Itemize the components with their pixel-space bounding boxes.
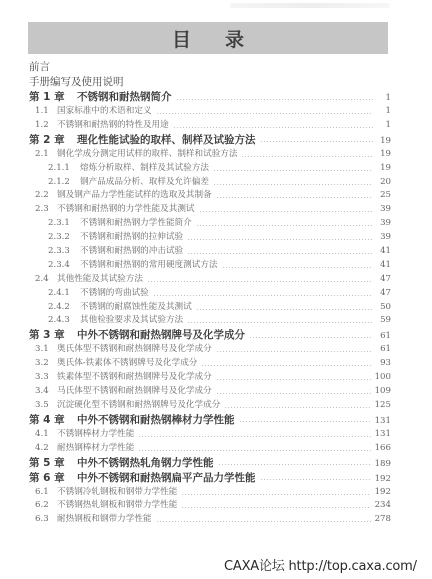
toc-entry-number: 3.3 xyxy=(35,371,57,385)
toc-entry-title: 中外不锈钢和耐热钢牌号及化学成分 xyxy=(77,328,245,343)
toc-entry-number: 2.3.2 xyxy=(48,231,80,245)
dot-leader xyxy=(216,351,373,352)
toc-entry-number: 3.4 xyxy=(35,385,57,399)
toc-entry-number: 2.3.3 xyxy=(48,245,80,259)
toc-entry-subsection[interactable]: 2.3.1不锈钢和耐热钢力学性能简介39 xyxy=(29,217,391,231)
dot-leader xyxy=(224,407,370,408)
toc-entry-title: 钢化学成分测定用试样的取样、制样和试验方法 xyxy=(57,148,237,162)
toc-entry-number: 2.4.2 xyxy=(48,301,80,315)
dot-leader xyxy=(196,309,373,310)
dot-leader xyxy=(260,479,371,480)
toc-entry-number: 第 5 章 xyxy=(29,456,77,471)
toc-entry-title: 不锈钢的弯曲试验 xyxy=(80,287,149,301)
toc-entry-title: 不锈钢冷轧钢板和钢带力学性能 xyxy=(57,486,177,500)
toc-entry-number: 第 2 章 xyxy=(29,133,77,148)
toc-page-number: 1 xyxy=(377,91,391,106)
toc-entry-section[interactable]: 3.1奥氏体型不锈钢和耐热钢牌号及化学成分61 xyxy=(29,343,391,357)
dot-leader xyxy=(138,450,370,451)
toc-entry-title: 不锈钢热轧钢板和钢带力学性能 xyxy=(57,499,177,513)
toc-page-number: 192 xyxy=(375,486,391,500)
toc-entry-title: 中外不锈钢和耐热钢棒材力学性能 xyxy=(77,413,235,428)
dot-leader xyxy=(181,507,370,508)
toc-entry-section[interactable]: 1.2不锈钢和耐热钢的特性及用途1 xyxy=(29,119,391,133)
toc-entry-title: 熔炼分析取样、制样及其试验方法 xyxy=(80,162,209,176)
toc-entry-section[interactable]: 3.5沉淀硬化型不锈钢和耐热钢牌号及化学成分125 xyxy=(29,399,391,413)
toc-entry-number: 2.2 xyxy=(35,189,57,203)
toc-page-number: 125 xyxy=(375,399,391,413)
toc-entry-subsection[interactable]: 2.4.3其他检验要求及其试验方法59 xyxy=(29,314,391,328)
dot-leader xyxy=(241,156,373,157)
toc-entry-subsection[interactable]: 2.3.2不锈钢和耐热钢的拉伸试验39 xyxy=(29,231,391,245)
toc-page-number: 59 xyxy=(377,314,391,328)
dot-leader xyxy=(187,253,373,254)
toc-entry-number: 2.3.1 xyxy=(48,217,80,231)
toc-entry-title: 不锈钢和耐热钢的冲击试验 xyxy=(80,245,183,259)
toc-entry-chapter[interactable]: 第 3 章中外不锈钢和耐热钢牌号及化学成分61 xyxy=(29,328,391,343)
toc-entry-section[interactable]: 2.2钢及钢产品力学性能试样的选取及其制备25 xyxy=(29,189,391,203)
toc-entry-number: 第 1 章 xyxy=(29,90,77,105)
dot-leader xyxy=(138,436,370,437)
dot-leader xyxy=(147,281,373,282)
toc-entry-title: 中外不锈钢和耐热钢扁平产品力学性能 xyxy=(77,471,256,486)
toc-page-number: 47 xyxy=(377,273,391,287)
dot-leader xyxy=(201,365,373,366)
toc-page-number: 19 xyxy=(377,134,391,149)
dot-leader xyxy=(199,211,373,212)
toc-entry-title: 不锈钢和耐热钢的常用硬度测试方法 xyxy=(80,259,218,273)
toc-entry-section[interactable]: 1.1国家标准中的术语和定义1 xyxy=(29,105,391,119)
toc-page-number: 1 xyxy=(377,105,391,119)
toc-entry-title: 不锈钢的耐腐蚀性能及其测试 xyxy=(80,301,192,315)
toc-entry-number: 4.1 xyxy=(35,428,57,442)
toc-page-number: 166 xyxy=(375,442,391,456)
toc-entry-subsection[interactable]: 2.1.1熔炼分析取样、制样及其试验方法19 xyxy=(29,162,391,176)
dot-leader xyxy=(216,379,371,380)
toc-page-number: 189 xyxy=(375,457,391,472)
toc-entry-title: 其他检验要求及其试验方法 xyxy=(80,314,183,328)
toc-entry-subsection[interactable]: 2.1.2钢产品成品分析、取样及允许偏差20 xyxy=(29,176,391,190)
dot-leader xyxy=(239,421,371,422)
dot-leader xyxy=(260,141,374,142)
dot-leader xyxy=(181,494,370,495)
toc-entry-title: 不锈钢和耐热钢简介 xyxy=(77,90,172,105)
toc-entry-section[interactable]: 3.2奥氏体-铁素体不锈钢牌号及化学成分93 xyxy=(29,357,391,371)
toc-entry-number: 2.4.1 xyxy=(48,287,80,301)
toc-entry-title: 钢产品成品分析、取样及允许偏差 xyxy=(80,176,209,190)
toc-page-number: 47 xyxy=(377,287,391,301)
toc-entry-chapter[interactable]: 第 2 章理化性能试验的取样、制样及试验方法19 xyxy=(29,133,391,148)
toc-page-number: 61 xyxy=(377,343,391,357)
toc-entry-number: 6.1 xyxy=(35,486,57,500)
dot-leader xyxy=(218,464,371,465)
toc-entry-number: 2.1 xyxy=(35,148,57,162)
toc-entry-number: 第 6 章 xyxy=(29,471,77,486)
toc-page-number: 192 xyxy=(375,472,391,487)
toc-entry-number: 第 4 章 xyxy=(29,413,77,428)
toc-entry-title: 马氏体型不锈钢和耐热钢牌号及化学成分 xyxy=(57,385,212,399)
toc-entry-subsection[interactable]: 2.3.4不锈钢和耐热钢的常用硬度测试方法41 xyxy=(29,259,391,273)
dot-leader xyxy=(187,239,373,240)
toc-page-number: 100 xyxy=(375,371,391,385)
toc-entry-title: 沉淀硬化型不锈钢和耐热钢牌号及化学成分 xyxy=(57,399,220,413)
toc-page-number: 39 xyxy=(377,231,391,245)
toc-entry-number: 3.2 xyxy=(35,357,57,371)
toc-entry-number: 3.5 xyxy=(35,399,57,413)
toc-page-number: 131 xyxy=(375,428,391,442)
toc-entry-section[interactable]: 2.3不锈钢和耐热钢的力学性能及其测试39 xyxy=(29,203,391,217)
dot-leader xyxy=(176,99,374,100)
toc-entry-subsection[interactable]: 2.4.1不锈钢的弯曲试验47 xyxy=(29,287,391,301)
toc-page-number: 41 xyxy=(377,245,391,259)
toc-page-number: 50 xyxy=(377,301,391,315)
toc-entry-number: 4.2 xyxy=(35,442,57,456)
toc-entry-title: 铁素体型不锈钢和耐热钢牌号及化学成分 xyxy=(57,371,212,385)
toc-entry-title: 前言 xyxy=(29,60,50,75)
toc-entry-title: 不锈钢和耐热钢力学性能简介 xyxy=(80,217,192,231)
dot-leader xyxy=(196,225,373,226)
toc-entry-section[interactable]: 6.3耐热钢板和钢带力学性能278 xyxy=(29,513,391,527)
dot-leader xyxy=(156,113,373,114)
toc-entry-title: 不锈钢和耐热钢的拉伸试验 xyxy=(80,231,183,245)
dot-leader xyxy=(173,127,373,128)
dot-leader xyxy=(216,393,371,394)
dot-leader xyxy=(213,184,373,185)
toc-entry-plain[interactable]: 前言 xyxy=(29,60,391,75)
toc-entry-number: 2.1.2 xyxy=(48,176,80,190)
page-title: 目录 xyxy=(172,25,278,52)
toc-entry-section[interactable]: 6.2不锈钢热轧钢板和钢带力学性能234 xyxy=(29,499,391,513)
toc-entry-section[interactable]: 6.1不锈钢冷轧钢板和钢带力学性能192 xyxy=(29,486,391,500)
toc-entry-title: 国家标准中的术语和定义 xyxy=(57,105,152,119)
toc-page-number: 19 xyxy=(377,162,391,176)
dot-leader xyxy=(156,521,371,522)
toc-entry-title: 不锈钢和耐热钢的特性及用途 xyxy=(57,119,169,133)
toc-entry-number: 2.1.1 xyxy=(48,162,80,176)
toc-entry-number: 3.1 xyxy=(35,343,57,357)
dot-leader xyxy=(222,267,373,268)
toc-page-number: 61 xyxy=(377,329,391,344)
toc-entry-section[interactable]: 2.4其他性能及其试验方法47 xyxy=(29,273,391,287)
toc-entry-number: 6.2 xyxy=(35,499,57,513)
toc-entry-chapter[interactable]: 第 5 章中外不锈钢热轧角钢力学性能189 xyxy=(29,456,391,471)
dot-leader xyxy=(153,295,373,296)
toc-entry-title: 不锈钢和耐热钢的力学性能及其测试 xyxy=(57,203,195,217)
toc-entry-title: 耐热钢棒材力学性能 xyxy=(57,442,134,456)
toc-page-number: 234 xyxy=(375,499,391,513)
toc-entry-number: 1.2 xyxy=(35,119,57,133)
toc-entry-chapter[interactable]: 第 1 章不锈钢和耐热钢简介1 xyxy=(29,90,391,105)
watermark: CAXA论坛 http://top.caxa.com/ xyxy=(224,555,417,574)
toc-entry-number: 2.3 xyxy=(35,203,57,217)
toc-page-number: 1 xyxy=(377,119,391,133)
toc-entry-title: 理化性能试验的取样、制样及试验方法 xyxy=(77,133,256,148)
toc-entry-title: 奥氏体型不锈钢和耐热钢牌号及化学成分 xyxy=(57,343,212,357)
toc-entry-number: 1.1 xyxy=(35,105,57,119)
dot-leader xyxy=(249,337,373,338)
toc-page-number: 20 xyxy=(377,176,391,190)
toc-entry-title: 手册编写及使用说明 xyxy=(29,75,124,90)
toc-entry-number: 6.3 xyxy=(35,513,57,527)
dot-leader xyxy=(213,170,373,171)
toc-page-number: 25 xyxy=(377,189,391,203)
toc-entry-section[interactable]: 3.4马氏体型不锈钢和耐热钢牌号及化学成分109 xyxy=(29,385,391,399)
toc-entry-section[interactable]: 3.3铁素体型不锈钢和耐热钢牌号及化学成分100 xyxy=(29,371,391,385)
toc-page-number: 109 xyxy=(375,385,391,399)
table-of-contents: 前言手册编写及使用说明第 1 章不锈钢和耐热钢简介11.1国家标准中的术语和定义… xyxy=(29,60,391,527)
toc-page-number: 39 xyxy=(377,203,391,217)
toc-entry-number: 2.3.4 xyxy=(48,259,80,273)
bleed-through-text xyxy=(230,3,390,8)
dot-leader xyxy=(187,322,373,323)
toc-entry-title: 钢及钢产品力学性能试样的选取及其制备 xyxy=(57,189,212,203)
toc-entry-section[interactable]: 2.1钢化学成分测定用试样的取样、制样和试验方法19 xyxy=(29,148,391,162)
toc-page-number: 93 xyxy=(377,357,391,371)
toc-page-number: 41 xyxy=(377,259,391,273)
toc-page-number: 39 xyxy=(377,217,391,231)
toc-page-number: 19 xyxy=(377,148,391,162)
toc-entry-chapter[interactable]: 第 6 章中外不锈钢和耐热钢扁平产品力学性能192 xyxy=(29,471,391,486)
toc-entry-subsection[interactable]: 2.4.2不锈钢的耐腐蚀性能及其测试50 xyxy=(29,301,391,315)
toc-entry-subsection[interactable]: 2.3.3不锈钢和耐热钢的冲击试验41 xyxy=(29,245,391,259)
toc-entry-title: 不锈钢棒材力学性能 xyxy=(57,428,134,442)
toc-page-number: 131 xyxy=(375,414,391,429)
toc-header-band: 目录 xyxy=(28,22,388,54)
toc-entry-chapter[interactable]: 第 4 章中外不锈钢和耐热钢棒材力学性能131 xyxy=(29,413,391,428)
toc-entry-title: 中外不锈钢热轧角钢力学性能 xyxy=(77,456,214,471)
toc-entry-number: 2.4 xyxy=(35,273,57,287)
toc-page-number: 278 xyxy=(375,513,391,527)
toc-entry-title: 其他性能及其试验方法 xyxy=(57,273,143,287)
toc-entry-title: 耐热钢板和钢带力学性能 xyxy=(57,513,152,527)
toc-entry-number: 第 3 章 xyxy=(29,328,77,343)
toc-entry-plain[interactable]: 手册编写及使用说明 xyxy=(29,75,391,90)
toc-entry-section[interactable]: 4.1不锈钢棒材力学性能131 xyxy=(29,428,391,442)
toc-entry-number: 2.4.3 xyxy=(48,314,80,328)
dot-leader xyxy=(216,197,373,198)
toc-entry-title: 奥氏体-铁素体不锈钢牌号及化学成分 xyxy=(57,357,197,371)
toc-entry-section[interactable]: 4.2耐热钢棒材力学性能166 xyxy=(29,442,391,456)
